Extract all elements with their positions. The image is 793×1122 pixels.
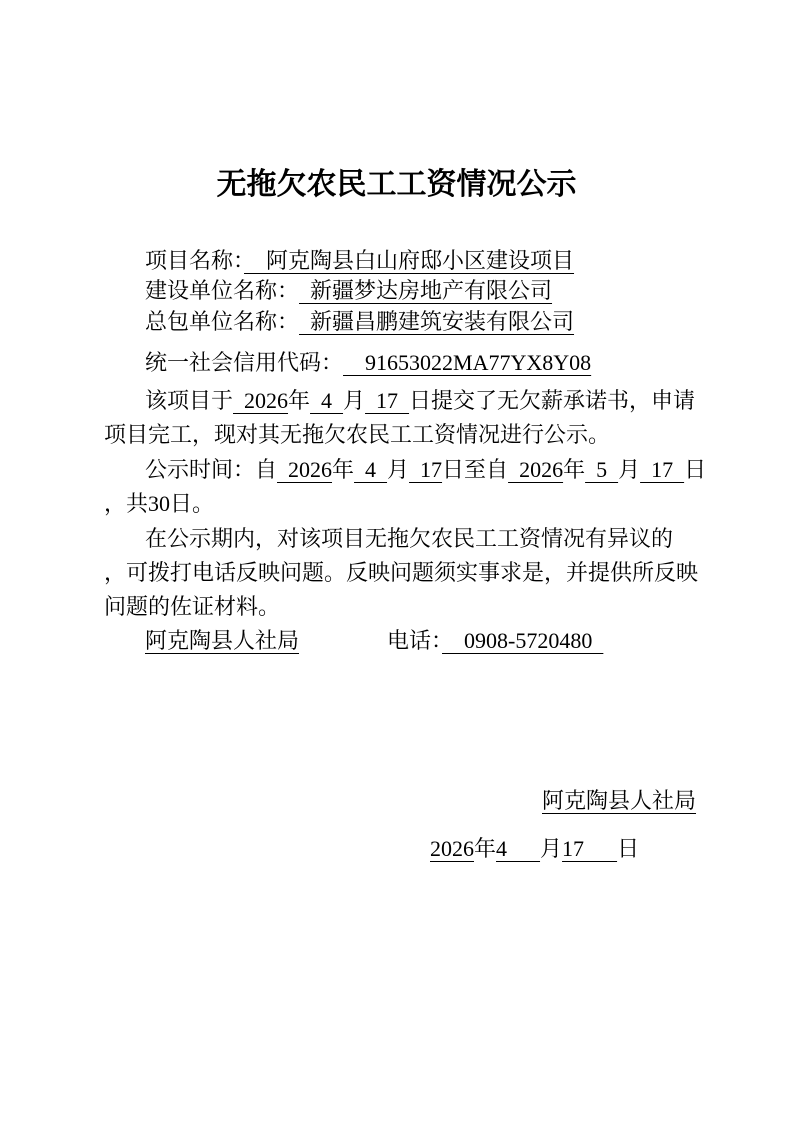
field-general-contractor-name: 总包单位名称： 新疆昌鹏建筑安装有限公司 (145, 309, 574, 335)
plain-text: 问题的佐证材料。 (104, 594, 280, 619)
underlined-text: 17 (562, 836, 617, 861)
plain-text: ，共30日。 (104, 491, 214, 516)
plain-text: 月 (540, 836, 562, 861)
plain-text: 月 (618, 457, 640, 482)
underlined-text: 4 (354, 457, 387, 482)
signature-date: 2026年4 月17 日 (430, 836, 639, 862)
plain-text: 在公示期内，对该项目无拖欠农民工工资情况有异议的 (145, 526, 673, 551)
field-project-name: 项目名称： 阿克陶县白山府邸小区建设项目 (145, 248, 574, 274)
plain-text: 年 (332, 457, 354, 482)
underlined-text: 17 (365, 388, 409, 413)
underlined-text: 91653022MA77YX8Y08 (343, 350, 591, 375)
field-unified-social-credit-code: 统一社会信用代码： 91653022MA77YX8Y08 (145, 350, 591, 376)
plain-text: 月 (343, 388, 365, 413)
underlined-text: 4 (496, 836, 540, 861)
paragraph-objection-line2: ，可拨打电话反映问题。反映问题须实事求是，并提供所反映 (104, 560, 698, 586)
plain-text: 该项目于 (145, 388, 233, 413)
underlined-text: 0908-5720480 (442, 628, 603, 653)
underlined-text: 17 (640, 457, 684, 482)
underlined-text: 阿克陶县白山府邸小区建设项目 (244, 248, 574, 273)
paragraph-submission-line2: 项目完工，现对其无拖欠农民工工资情况进行公示。 (104, 422, 610, 448)
document-title: 无拖欠农民工工资情况公示 (0, 168, 793, 202)
plain-text: 电话： (299, 628, 442, 653)
paragraph-submission-line1: 该项目于 2026年 4 月 17 日提交了无欠薪承诺书，申请 (145, 388, 695, 414)
plain-text: 年 (563, 457, 585, 482)
contact-agency-and-phone: 阿克陶县人社局 电话： 0908-5720480 (145, 628, 603, 654)
underlined-text: 5 (585, 457, 618, 482)
underlined-text: 2026 (233, 388, 288, 413)
signature-agency-name: 阿克陶县人社局 (542, 788, 696, 814)
plain-text: 月 (387, 457, 409, 482)
plain-text: ，可拨打电话反映问题。反映问题须实事求是，并提供所反映 (104, 560, 698, 585)
plain-text: 年 (474, 836, 496, 861)
paragraph-objection-line3: 问题的佐证材料。 (104, 594, 280, 620)
underlined-text: 新疆昌鹏建筑安装有限公司 (299, 309, 574, 334)
plain-text: 日 (617, 836, 639, 861)
plain-text: 项目完工，现对其无拖欠农民工工资情况进行公示。 (104, 422, 610, 447)
underlined-text: 2026 (508, 457, 563, 482)
plain-text: 项目名称： (145, 248, 244, 273)
paragraph-publicity-period-line1: 公示时间：自 2026年 4 月 17日至自 2026年 5 月 17 日 (145, 457, 706, 483)
underlined-text: 2026 (430, 836, 474, 861)
underlined-text: 阿克陶县人社局 (542, 788, 696, 813)
underlined-text: 17 (409, 457, 442, 482)
plain-text: 日提交了无欠薪承诺书，申请 (409, 388, 695, 413)
plain-text: 日至自 (442, 457, 508, 482)
underlined-text: 阿克陶县人社局 (145, 628, 299, 653)
underlined-text: 新疆梦达房地产有限公司 (299, 278, 552, 303)
plain-text: 总包单位名称： (145, 309, 299, 334)
plain-text: 建设单位名称： (145, 278, 299, 303)
plain-text: 年 (288, 388, 310, 413)
paragraph-publicity-period-line2: ，共30日。 (104, 491, 214, 517)
plain-text: 日 (684, 457, 706, 482)
field-construction-unit-name: 建设单位名称： 新疆梦达房地产有限公司 (145, 278, 552, 304)
plain-text: 公示时间：自 (145, 457, 277, 482)
underlined-text: 4 (310, 388, 343, 413)
document-page: 无拖欠农民工工资情况公示 项目名称： 阿克陶县白山府邸小区建设项目 建设单位名称… (0, 0, 793, 1122)
paragraph-objection-line1: 在公示期内，对该项目无拖欠农民工工资情况有异议的 (145, 526, 673, 552)
plain-text: 统一社会信用代码： (145, 350, 343, 375)
underlined-text: 2026 (277, 457, 332, 482)
